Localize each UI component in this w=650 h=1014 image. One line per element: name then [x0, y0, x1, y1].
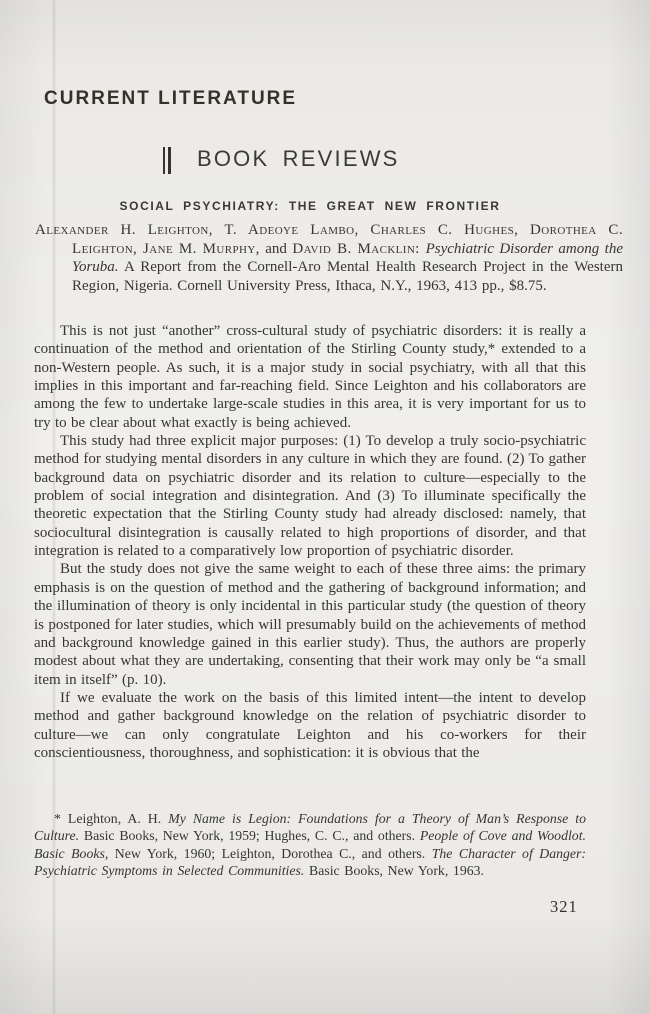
book-reviews-label: BOOK REVIEWS — [197, 146, 400, 171]
footnote-pub-3: Basic Books, New York, 1963. — [304, 863, 484, 878]
citation-paragraph: Alexander H. Leighton, T. Adeoye Lambo, … — [35, 221, 623, 296]
section-header: CURRENT LITERATURE — [44, 88, 297, 110]
footnote-pub-2: New York, 1960; Leighton, Dorothea C., a… — [108, 846, 431, 861]
review-paragraph-3: But the study does not give the same wei… — [34, 560, 586, 688]
double-rule-icon — [163, 147, 171, 174]
review-paragraph-1: This is not just “another” cross-cultura… — [34, 322, 586, 432]
journal-page-scan: CURRENT LITERATURE BOOK REVIEWS SOCIAL P… — [0, 0, 650, 1014]
review-paragraph-4: If we evaluate the work on the basis of … — [34, 689, 586, 762]
citation-connector: and — [260, 241, 293, 257]
citation-authors-group2: David B. Macklin: — [292, 241, 425, 257]
book-reviews-heading: BOOK REVIEWS — [163, 146, 400, 174]
footnote-pub-1: Basic Books, New York, 1959; Hughes, C. … — [79, 828, 420, 843]
page-content: CURRENT LITERATURE BOOK REVIEWS SOCIAL P… — [0, 0, 650, 1014]
review-paragraph-2: This study had three explicit major purp… — [34, 432, 586, 560]
citation-publication-info: A Report from the Cornell-Aro Mental Hea… — [72, 259, 623, 294]
page-number: 321 — [550, 897, 578, 917]
footnote: * Leighton, A. H. My Name is Legion: Fou… — [34, 810, 586, 879]
footnote-ref-author: * Leighton, A. H. — [54, 811, 168, 826]
review-body: This is not just “another” cross-cultura… — [34, 322, 586, 762]
article-title: SOCIAL PSYCHIATRY: THE GREAT NEW FRONTIE… — [34, 199, 586, 213]
